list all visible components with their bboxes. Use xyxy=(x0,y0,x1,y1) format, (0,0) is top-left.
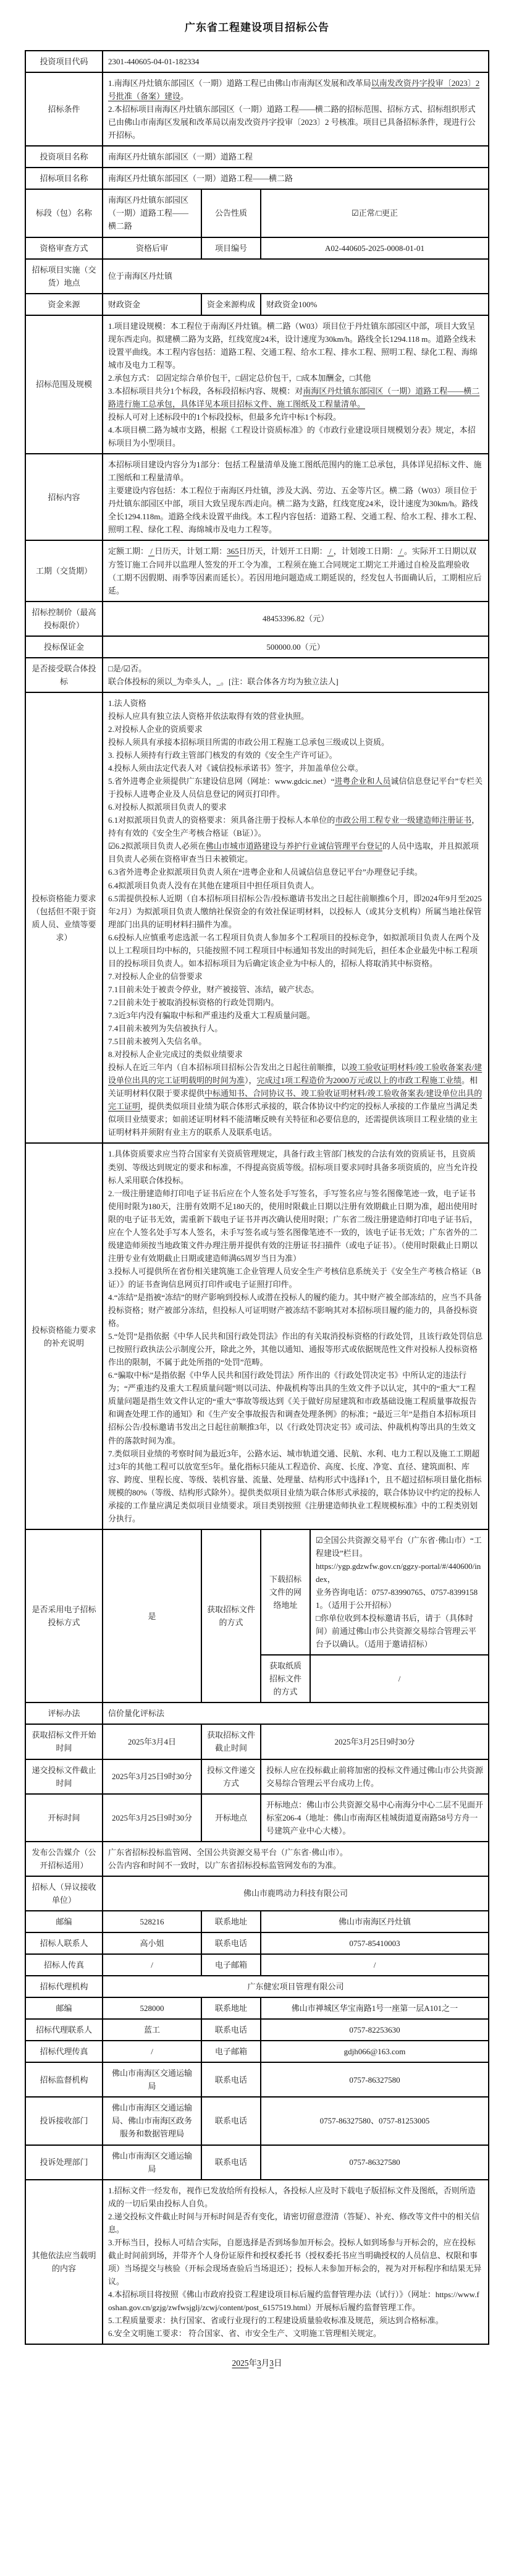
complaint-handling-value: 佛山市南海区交通运输局 xyxy=(103,2145,201,2180)
opening-location-value: 开标地点：佛山市公共资源交易中心南海分中心二层不见面开标室206-4（地址：佛山… xyxy=(261,1794,489,1842)
table-row: 招标范围及规模 1.项目建设规模：本工程位于南海区丹灶镇。横二路（W03）项目位… xyxy=(25,315,489,454)
investment-code-value: 2301-440605-04-01-182334 xyxy=(103,51,489,72)
row-sublabel: 下载招标文件的网络地址 xyxy=(261,1529,310,1655)
row-label: 联系地址 xyxy=(201,1997,261,2019)
row-label: 获取招标文件的方式 xyxy=(201,1529,261,1703)
agency-fax-value: / xyxy=(103,2041,201,2062)
agency-email-value: gdjh066@163.com xyxy=(261,2041,489,2062)
bid-bond-value: 500000.00（元） xyxy=(103,636,489,658)
agency-postcode-value: 528000 xyxy=(103,1997,201,2019)
funding-source-value: 财政资金 xyxy=(103,294,201,315)
qualification-review-value: 资格后审 xyxy=(103,237,201,259)
bid-conditions-value: 1.南海区丹灶镇东部园区（一期）道路工程已由佛山市南海区发展和改革局以南发改资丹… xyxy=(103,72,489,146)
row-label: 资金来源构成 xyxy=(201,294,261,315)
row-label: 公告性质 xyxy=(201,189,261,237)
table-row: 投诉处理部门 佛山市南海区交通运输局 联系电话 0757-86327580 xyxy=(25,2145,489,2180)
row-label: 是否接受联合体投标 xyxy=(25,658,103,692)
row-label: 获取招标文件开始时间 xyxy=(25,1724,103,1759)
funding-composition-value: 财政资金100% xyxy=(261,294,489,315)
table-row: 投资项目代码 2301-440605-04-01-182334 xyxy=(25,51,489,72)
agency-contact-value: 蓝工 xyxy=(103,2019,201,2041)
tenderer-address-value: 佛山市南海区丹灶镇 xyxy=(261,1911,489,1932)
row-label: 投标文件递交方式 xyxy=(201,1759,261,1794)
row-label: 发布公告媒介（公开招标适用） xyxy=(25,1842,103,1876)
row-label: 是否采用电子招标投标方式 xyxy=(25,1529,103,1703)
submission-deadline-value: 2025年3月25日9时30分 xyxy=(103,1759,201,1794)
table-row: 招标控制价（最高投标限价） 48453396.82（元） xyxy=(25,601,489,636)
table-row: 邮编 528216 联系地址 佛山市南海区丹灶镇 xyxy=(25,1911,489,1932)
row-label: 投诉处理部门 xyxy=(25,2145,103,2180)
row-label: 联系电话 xyxy=(201,1932,261,1954)
duration-value: 定额工期： / 日历天，计划工期：365日历天，计划开工日期： / ，计划竣工日… xyxy=(103,540,489,601)
row-label: 招标项目实施（交货）地点 xyxy=(25,259,103,294)
table-row: 递交投标文件截止时间 2025年3月25日9时30分 投标文件递交方式 投标人应… xyxy=(25,1759,489,1794)
agency-address-value: 佛山市禅城区华宝南路1号一座第一层A101之一 xyxy=(261,1997,489,2019)
submission-method-value: 投标人应在投标截止前将加密的投标文件通过佛山市公共资源交易综合管理云平台成功上传… xyxy=(261,1759,489,1794)
project-number-value: A02-440605-2025-0008-01-01 xyxy=(261,237,489,259)
table-row: 是否接受联合体投标 □是/☑否。联合体投标的须以_为牵头人，_。[注：联合体各方… xyxy=(25,658,489,692)
row-label: 电子邮箱 xyxy=(201,1954,261,1976)
agency-phone-value: 0757-82253630 xyxy=(261,2019,489,2041)
table-row: 招标内容 本招标项目建设内容分为1部分：包括工程量清单及施工图纸范围内的施工总承… xyxy=(25,454,489,540)
row-label: 联系电话 xyxy=(201,2062,261,2097)
tender-table: 投资项目代码 2301-440605-04-01-182334 招标条件 1.南… xyxy=(25,50,489,2345)
table-row: 是否采用电子招标投标方式 是 获取招标文件的方式 下载招标文件的网络地址 ☑全国… xyxy=(25,1529,489,1655)
row-label: 招标内容 xyxy=(25,454,103,540)
announcement-media-value: 广东省招标投标监管网、全国公共资源交易平台（广东省·佛山市）。公告内容和时间不一… xyxy=(103,1842,489,1876)
table-row: 标段（包）名称 南海区丹灶镇东部园区（一期）道路工程——横二路 公告性质 ☑正常… xyxy=(25,189,489,237)
row-label: 投诉接收部门 xyxy=(25,2097,103,2145)
table-row: 招标项目名称 南海区丹灶镇东部园区（一期）道路工程——横二路 xyxy=(25,168,489,189)
investment-name-value: 南海区丹灶镇东部园区（一期）道路工程 xyxy=(103,146,489,168)
opening-time-value: 2025年3月25日9时30分 xyxy=(103,1794,201,1842)
table-row: 招标代理传真 / 电子邮箱 gdjh066@163.com xyxy=(25,2041,489,2062)
section-name-value: 南海区丹灶镇东部园区（一期）道路工程——横二路 xyxy=(103,189,201,237)
row-label: 招标人（异议接收单位） xyxy=(25,1876,103,1911)
complaint-receiving-phone-value: 0757-86327580、0757-81253005 xyxy=(261,2097,489,2145)
row-label: 获取招标文件截止时间 xyxy=(201,1724,261,1759)
row-label: 邮编 xyxy=(25,1911,103,1932)
row-label: 联系电话 xyxy=(201,2145,261,2180)
table-row: 投标保证金 500000.00（元） xyxy=(25,636,489,658)
download-address-value: ☑全国公共资源交易平台（广东省·佛山市）“工程建设”栏目。https://ygp… xyxy=(310,1529,489,1655)
row-label: 招标条件 xyxy=(25,72,103,146)
row-label: 标段（包）名称 xyxy=(25,189,103,237)
table-row: 招标条件 1.南海区丹灶镇东部园区（一期）道路工程已由佛山市南海区发展和改革局以… xyxy=(25,72,489,146)
tenderer-email-value: / xyxy=(261,1954,489,1976)
control-price-value: 48453396.82（元） xyxy=(103,601,489,636)
announcement-date: 2025年3月3日 xyxy=(25,2356,489,2368)
tenderer-fax-value: / xyxy=(103,1954,201,1976)
complaint-handling-phone-value: 0757-86327580 xyxy=(261,2145,489,2180)
table-row: 投标资格能力要求（包括但不限于资质人员、业绩等要求） 1.法人资格投标人应具有独… xyxy=(25,692,489,1144)
row-label: 项目编号 xyxy=(201,237,261,259)
supervision-org-value: 佛山市南海区交通运输局 xyxy=(103,2062,201,2097)
row-label: 招标代理传真 xyxy=(25,2041,103,2062)
row-label: 招标代理联系人 xyxy=(25,2019,103,2041)
row-label: 开标时间 xyxy=(25,1794,103,1842)
row-label: 招标监督机构 xyxy=(25,2062,103,2097)
table-row: 招标人联系人 高小姐 联系电话 0757-85410003 xyxy=(25,1932,489,1954)
table-row: 投资项目名称 南海区丹灶镇东部园区（一期）道路工程 xyxy=(25,146,489,168)
table-row: 获取招标文件开始时间 2025年3月4日 获取招标文件截止时间 2025年3月2… xyxy=(25,1724,489,1759)
table-row: 招标监督机构 佛山市南海区交通运输局 联系电话 0757-86327580 xyxy=(25,2062,489,2097)
row-label: 投标资格能力要求（包括但不限于资质人员、业绩等要求） xyxy=(25,692,103,1144)
row-label: 评标办法 xyxy=(25,1702,103,1724)
content-value: 本招标项目建设内容分为1部分：包括工程量清单及施工图纸范围内的施工总承包，具体详… xyxy=(103,454,489,540)
table-row: 招标代理机构 广东健宏项目管理有限公司 xyxy=(25,1976,489,1997)
row-label: 开标地点 xyxy=(201,1794,261,1842)
row-label: 招标控制价（最高投标限价） xyxy=(25,601,103,636)
row-label: 联系电话 xyxy=(201,2019,261,2041)
table-row: 邮编 528000 联系地址 佛山市禅城区华宝南路1号一座第一层A101之一 xyxy=(25,1997,489,2019)
table-row: 其他依法应当载明的内容 1.招标文件一经发布，视作已发放给所有投标人，各投标人应… xyxy=(25,2180,489,2345)
row-label: 投资项目代码 xyxy=(25,51,103,72)
row-label: 投标保证金 xyxy=(25,636,103,658)
table-row: 评标办法 信价量化评标法 xyxy=(25,1702,489,1724)
table-row: 投诉接收部门 佛山市南海区交通运输局、佛山市南海区政务服务和数据管理局 联系电话… xyxy=(25,2097,489,2145)
agency-value: 广东健宏项目管理有限公司 xyxy=(103,1976,489,1997)
tenderer-contact-value: 高小姐 xyxy=(103,1932,201,1954)
doc-obtain-start-value: 2025年3月4日 xyxy=(103,1724,201,1759)
table-row: 工期（交货期） 定额工期： / 日历天，计划工期：365日历天，计划开工日期： … xyxy=(25,540,489,601)
doc-obtain-deadline-value: 2025年3月25日9时30分 xyxy=(261,1724,489,1759)
row-label: 招标人传真 xyxy=(25,1954,103,1976)
other-contents-value: 1.招标文件一经发布，视作已发放给所有投标人，各投标人应及时下载电子版招标文件及… xyxy=(103,2180,489,2345)
row-label: 工期（交货期） xyxy=(25,540,103,601)
row-label: 招标项目名称 xyxy=(25,168,103,189)
table-row: 资格审查方式 资格后审 项目编号 A02-440605-2025-0008-01… xyxy=(25,237,489,259)
row-label: 招标代理机构 xyxy=(25,1976,103,1997)
row-label: 邮编 xyxy=(25,1997,103,2019)
tenderer-postcode-value: 528216 xyxy=(103,1911,201,1932)
table-row: 招标人（异议接收单位） 佛山市鹿鸣动力科技有限公司 xyxy=(25,1876,489,1911)
consortium-value: □是/☑否。联合体投标的须以_为牵头人，_。[注：联合体各方均为独立法人] xyxy=(103,658,489,692)
table-row: 发布公告媒介（公开招标适用） 广东省招标投标监管网、全国公共资源交易平台（广东省… xyxy=(25,1842,489,1876)
table-row: 招标代理联系人 蓝工 联系电话 0757-82253630 xyxy=(25,2019,489,2041)
supplementary-notes-value: 1.具体资质要求应当符合国家有关资质管理规定，具备行政主管部门核发的合法有效的资… xyxy=(103,1143,489,1529)
table-row: 开标时间 2025年3月25日9时30分 开标地点 开标地点：佛山市公共资源交易… xyxy=(25,1794,489,1842)
row-label: 资格审查方式 xyxy=(25,237,103,259)
row-label: 电子邮箱 xyxy=(201,2041,261,2062)
row-label: 联系电话 xyxy=(201,2097,261,2145)
supervision-phone-value: 0757-86327580 xyxy=(261,2062,489,2097)
row-label: 投资项目名称 xyxy=(25,146,103,168)
tender-announcement-document: 广东省工程建设项目招标公告 投资项目代码 2301-440605-04-01-1… xyxy=(0,0,514,2393)
table-row: 资金来源 财政资金 资金来源构成 财政资金100% xyxy=(25,294,489,315)
table-row: 招标项目实施（交货）地点 位于南海区丹灶镇 xyxy=(25,259,489,294)
tenderer-phone-value: 0757-85410003 xyxy=(261,1932,489,1954)
tenderer-value: 佛山市鹿鸣动力科技有限公司 xyxy=(103,1876,489,1911)
electronic-bidding-value: 是 xyxy=(103,1529,201,1703)
scope-value: 1.项目建设规模：本工程位于南海区丹灶镇。横二路（W03）项目位于丹灶镇东部园区… xyxy=(103,315,489,454)
row-label: 招标人联系人 xyxy=(25,1932,103,1954)
complaint-receiving-value: 佛山市南海区交通运输局、佛山市南海区政务服务和数据管理局 xyxy=(103,2097,201,2145)
row-label: 招标范围及规模 xyxy=(25,315,103,454)
page-title: 广东省工程建设项目招标公告 xyxy=(25,19,489,34)
qualification-requirements-value: 1.法人资格投标人应具有独立法人资格并依法取得有效的营业执照。2.对投标人企业的… xyxy=(103,692,489,1144)
location-value: 位于南海区丹灶镇 xyxy=(103,259,489,294)
row-sublabel: 获取纸质招标文件的方式 xyxy=(261,1655,310,1702)
tender-name-value: 南海区丹灶镇东部园区（一期）道路工程——横二路 xyxy=(103,168,489,189)
row-label: 联系地址 xyxy=(201,1911,261,1932)
row-label: 资金来源 xyxy=(25,294,103,315)
evaluation-method-value: 信价量化评标法 xyxy=(103,1702,489,1724)
table-row: 招标人传真 / 电子邮箱 / xyxy=(25,1954,489,1976)
row-label: 递交投标文件截止时间 xyxy=(25,1759,103,1794)
paper-document-value: / xyxy=(310,1655,489,1702)
table-row: 投标资格能力要求的补充说明 1.具体资质要求应当符合国家有关资质管理规定，具备行… xyxy=(25,1143,489,1529)
row-label: 投标资格能力要求的补充说明 xyxy=(25,1143,103,1529)
row-label: 其他依法应当载明的内容 xyxy=(25,2180,103,2345)
announcement-nature-value: ☑正常/□更正 xyxy=(261,189,489,237)
